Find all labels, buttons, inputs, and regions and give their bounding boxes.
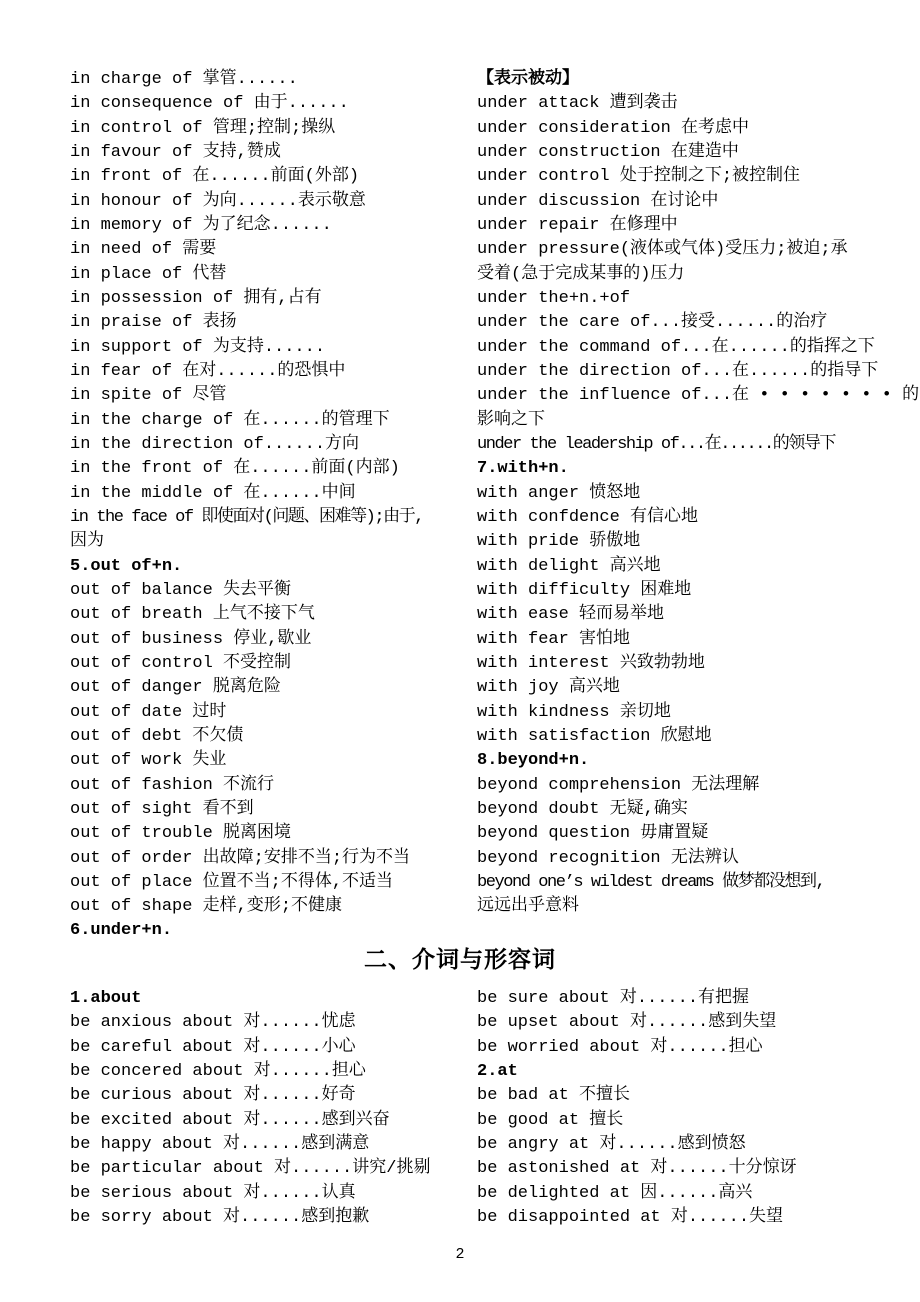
phrase-line: beyond recognition 无法辨认 — [477, 847, 870, 871]
phrase-line: in praise of 表扬 — [70, 311, 477, 335]
phrase-line: 影响之下 — [477, 409, 870, 433]
phrase-line: 7.with+n. — [477, 457, 870, 481]
phrase-line: be delighted at 因......高兴 — [477, 1182, 870, 1206]
phrase-line: be sorry about 对......感到抱歉 — [70, 1206, 477, 1230]
phrase-line: be angry at 对......感到愤怒 — [477, 1133, 870, 1157]
phrase-line: be worried about 对......担心 — [477, 1036, 870, 1060]
phrase-line: be serious about 对......认真 — [70, 1182, 477, 1206]
phrase-line: 1.about — [70, 987, 477, 1011]
phrase-line: in the direction of......方向 — [70, 433, 477, 457]
phrase-line: in the face of 即使面对(问题、困难等);由于, — [70, 506, 477, 530]
phrase-line: beyond question 毋庸置疑 — [477, 822, 870, 846]
phrase-line: in consequence of 由于...... — [70, 92, 477, 116]
phrase-line: in place of 代替 — [70, 263, 477, 287]
phrase-line: with difficulty 困难地 — [477, 579, 870, 603]
phrase-line: with anger 愤怒地 — [477, 482, 870, 506]
phrase-line: be excited about 对......感到兴奋 — [70, 1109, 477, 1133]
phrase-line: in front of 在......前面(外部) — [70, 165, 477, 189]
phrase-line: under discussion 在讨论中 — [477, 190, 870, 214]
phrase-line: under construction 在建造中 — [477, 141, 870, 165]
phrase-line: be careful about 对......小心 — [70, 1036, 477, 1060]
phrase-line: under consideration 在考虑中 — [477, 117, 870, 141]
phrase-line: with confdence 有信心地 — [477, 506, 870, 530]
phrase-line: 远远出乎意料 — [477, 895, 870, 919]
phrase-line: out of work 失业 — [70, 749, 477, 773]
phrase-line: be disappointed at 对......失望 — [477, 1206, 870, 1230]
phrase-line: be sure about 对......有把握 — [477, 987, 870, 1011]
phrase-line: under the command of...在......的指挥之下 — [477, 336, 870, 360]
phrase-line: out of date 过时 — [70, 701, 477, 725]
document-page: in charge of 掌管......in consequence of 由… — [0, 0, 920, 1302]
phrase-line: under repair 在修理中 — [477, 214, 870, 238]
phrase-line: out of place 位置不当;不得体,不适当 — [70, 871, 477, 895]
phrase-line: 【表示被动】 — [477, 68, 870, 92]
phrase-line: with satisfaction 欣慰地 — [477, 725, 870, 749]
phrase-line: in control of 管理;控制;操纵 — [70, 117, 477, 141]
phrase-line: out of shape 走样,变形;不健康 — [70, 895, 477, 919]
phrase-line: in favour of 支持,赞成 — [70, 141, 477, 165]
phrase-line: 5.out of+n. — [70, 555, 477, 579]
phrase-line: be particular about 对......讲究/挑剔 — [70, 1157, 477, 1181]
phrase-line: out of order 出故障;安排不当;行为不当 — [70, 847, 477, 871]
phrase-line: be concered about 对......担心 — [70, 1060, 477, 1084]
section-heading: 二、介词与形容词 — [0, 944, 920, 978]
phrase-line: beyond one’s wildest dreams 做梦都没想到, — [477, 871, 870, 895]
phrase-line: 受着(急于完成某事的)压力 — [477, 263, 870, 287]
phrase-line: 8.beyond+n. — [477, 749, 870, 773]
phrase-line: with ease 轻而易举地 — [477, 603, 870, 627]
phrase-line: be astonished at 对......十分惊讶 — [477, 1157, 870, 1181]
phrase-line: with kindness 亲切地 — [477, 701, 870, 725]
phrase-line: with fear 害怕地 — [477, 628, 870, 652]
phrase-line: out of trouble 脱离困境 — [70, 822, 477, 846]
phrase-line: in memory of 为了纪念...... — [70, 214, 477, 238]
phrase-line: with interest 兴致勃勃地 — [477, 652, 870, 676]
top-two-column-block: in charge of 掌管......in consequence of 由… — [70, 68, 870, 944]
phrase-line: in support of 为支持...... — [70, 336, 477, 360]
phrase-line: out of sight 看不到 — [70, 798, 477, 822]
phrase-line: under attack 遭到袭击 — [477, 92, 870, 116]
phrase-line: be bad at 不擅长 — [477, 1084, 870, 1108]
top-left-column: in charge of 掌管......in consequence of 由… — [70, 68, 477, 944]
phrase-line: in the middle of 在......中间 — [70, 482, 477, 506]
phrase-line: in the front of 在......前面(内部) — [70, 457, 477, 481]
phrase-line: out of fashion 不流行 — [70, 774, 477, 798]
phrase-line: be anxious about 对......忧虑 — [70, 1011, 477, 1035]
phrase-line: out of breath 上气不接下气 — [70, 603, 477, 627]
bottom-right-column: be sure about 对......有把握be upset about 对… — [477, 987, 870, 1230]
phrase-line: in charge of 掌管...... — [70, 68, 477, 92]
phrase-line: with pride 骄傲地 — [477, 530, 870, 554]
phrase-line: under pressure(液体或气体)受压力;被迫;承 — [477, 238, 870, 262]
phrase-line: beyond doubt 无疑,确实 — [477, 798, 870, 822]
phrase-line: in fear of 在对......的恐惧中 — [70, 360, 477, 384]
phrase-line: be happy about 对......感到满意 — [70, 1133, 477, 1157]
phrase-line: in the charge of 在......的管理下 — [70, 409, 477, 433]
phrase-line: be good at 擅长 — [477, 1109, 870, 1133]
page-number: 2 — [0, 1245, 920, 1265]
bottom-left-column: 1.aboutbe anxious about 对......忧虑be care… — [70, 987, 477, 1230]
phrase-line: under the care of...接受......的治疗 — [477, 311, 870, 335]
phrase-line: in spite of 尽管 — [70, 384, 477, 408]
phrase-line: under control 处于控制之下;被控制住 — [477, 165, 870, 189]
phrase-line: with delight 高兴地 — [477, 555, 870, 579]
phrase-line: under the+n.+of — [477, 287, 870, 311]
phrase-line: out of balance 失去平衡 — [70, 579, 477, 603]
phrase-line: 2.at — [477, 1060, 870, 1084]
top-right-column: 【表示被动】under attack 遭到袭击under considerati… — [477, 68, 870, 944]
phrase-line: be upset about 对......感到失望 — [477, 1011, 870, 1035]
phrase-line: under the leadership of...在......的领导下 — [477, 433, 870, 457]
phrase-line: 6.under+n. — [70, 919, 477, 943]
phrase-line: 因为 — [70, 530, 477, 554]
phrase-line: out of debt 不欠债 — [70, 725, 477, 749]
phrase-line: under the direction of...在......的指导下 — [477, 360, 870, 384]
phrase-line: under the influence of...在 • • • • • • •… — [477, 384, 870, 408]
phrase-line: out of control 不受控制 — [70, 652, 477, 676]
phrase-line: beyond comprehension 无法理解 — [477, 774, 870, 798]
phrase-line: out of danger 脱离危险 — [70, 676, 477, 700]
phrase-line: out of business 停业,歇业 — [70, 628, 477, 652]
phrase-line: in possession of 拥有,占有 — [70, 287, 477, 311]
phrase-line: with joy 高兴地 — [477, 676, 870, 700]
phrase-line: in need of 需要 — [70, 238, 477, 262]
phrase-line: be curious about 对......好奇 — [70, 1084, 477, 1108]
phrase-line: in honour of 为向......表示敬意 — [70, 190, 477, 214]
bottom-two-column-block: 1.aboutbe anxious about 对......忧虑be care… — [70, 987, 870, 1230]
